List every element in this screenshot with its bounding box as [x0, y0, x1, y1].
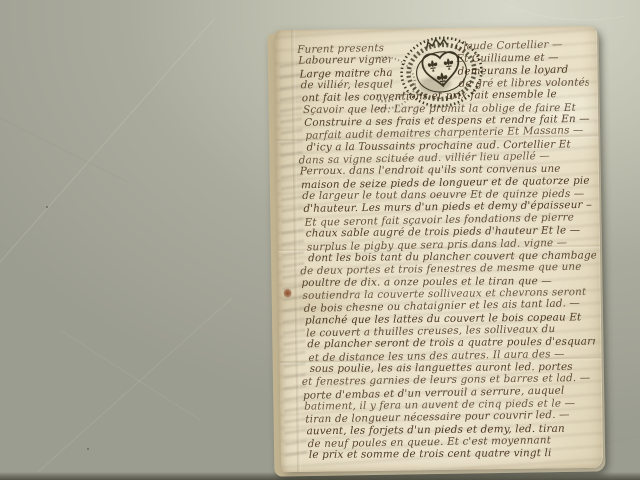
photograph-of-manuscript: Furent presentsClaude Cortellier —Labour… [0, 0, 640, 480]
surface-speck [46, 206, 48, 208]
surface-speck [87, 448, 89, 450]
manuscript-page: Furent presentsClaude Cortellier —Labour… [275, 26, 603, 472]
ink-stain [284, 288, 292, 298]
fleur-de-lis-stamp-icon [375, 31, 508, 125]
